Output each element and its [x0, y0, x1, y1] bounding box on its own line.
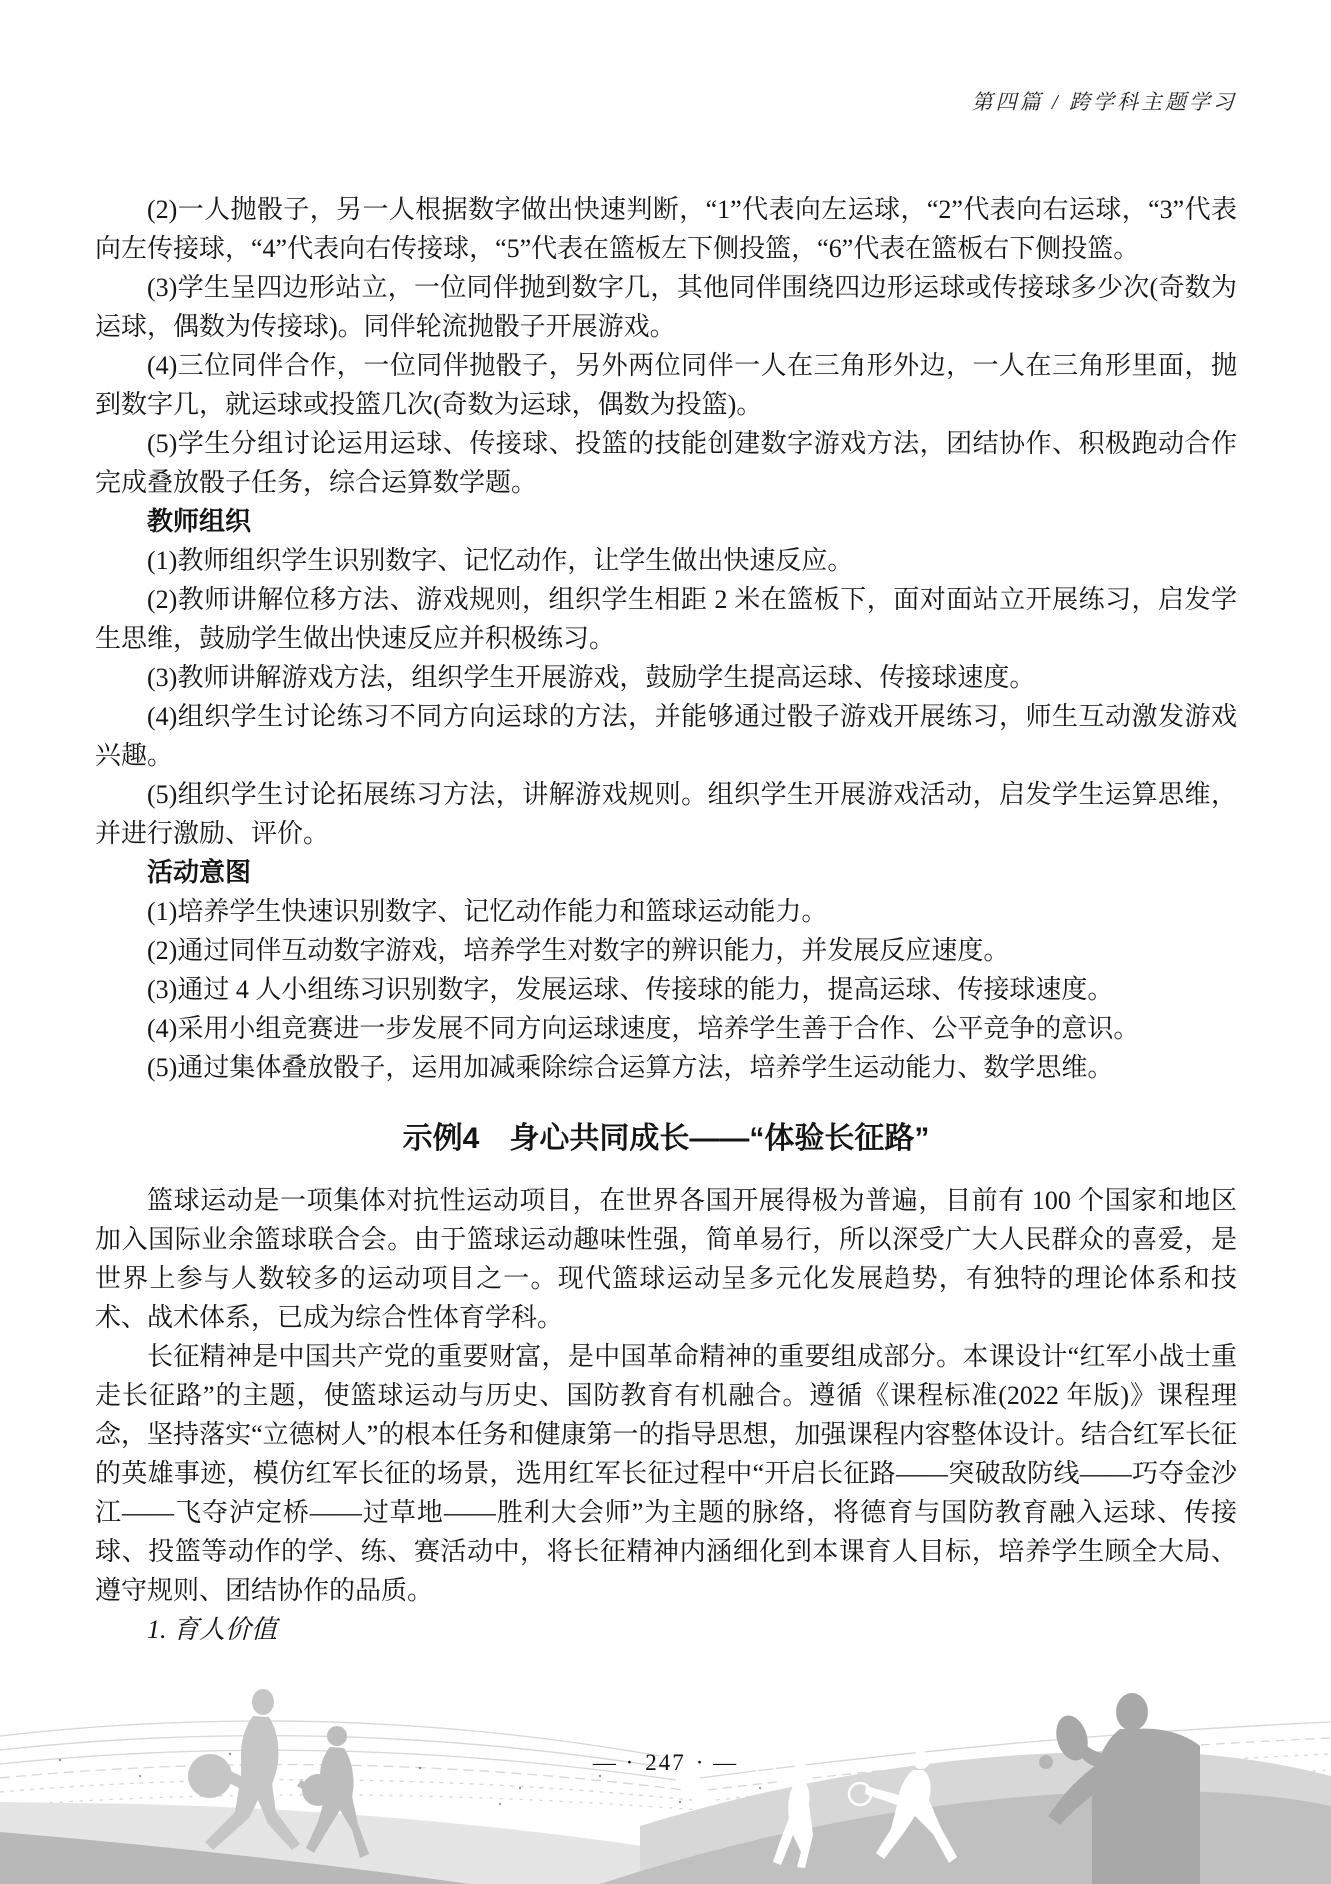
bottom-decoration — [0, 1684, 1331, 1884]
paragraph-teacher-2: (2)教师讲解位移方法、游戏规则，组织学生相距 2 米在篮板下，面对面站立开展练… — [95, 580, 1237, 658]
paragraph-intent-4: (4)采用小组竞赛进一步发展不同方向运球速度，培养学生善于合作、公平竞争的意识。 — [95, 1009, 1237, 1048]
paragraph-teacher-1: (1)教师组织学生识别数字、记忆动作，让学生做出快速反应。 — [95, 541, 1237, 580]
paragraph-long-march-intro: 长征精神是中国共产党的重要财富，是中国革命精神的重要组成部分。本课设计“红军小战… — [95, 1337, 1237, 1610]
page-content: (2)一人抛骰子，另一人根据数字做出快速判断，“1”代表向左运球，“2”代表向右… — [95, 190, 1237, 1649]
footer-ornament-left: — · — [593, 1750, 635, 1775]
paragraph-teacher-5: (5)组织学生讨论拓展练习方法，讲解游戏规则。组织学生开展游戏活动，启发学生运算… — [95, 775, 1237, 853]
page-footer: — ·247· — — [0, 1750, 1331, 1776]
paragraph-teacher-3: (3)教师讲解游戏方法，组织学生开展游戏，鼓励学生提高运球、传接球速度。 — [95, 658, 1237, 697]
book-page: 第四篇 / 跨学科主题学习 (2)一人抛骰子，另一人根据数字做出快速判断，“1”… — [0, 0, 1331, 1884]
paragraph-basketball-intro: 篮球运动是一项集体对抗性运动项目，在世界各国开展得极为普遍，目前有 100 个国… — [95, 1181, 1237, 1337]
example-4-title: 示例4 身心共同成长——“体验长征路” — [95, 1117, 1237, 1161]
section-heading-teacher-organization: 教师组织 — [95, 502, 1237, 541]
decoration-graphic — [0, 1684, 1331, 1884]
subheading-educational-value: 1. 育人价值 — [95, 1610, 1237, 1649]
paragraph-intent-1: (1)培养学生快速识别数字、记忆动作能力和篮球运动能力。 — [95, 892, 1237, 931]
paragraph-activity-4: (4)三位同伴合作，一位同伴抛骰子，另外两位同伴一人在三角形外边，一人在三角形里… — [95, 346, 1237, 424]
paragraph-intent-3: (3)通过 4 人小组练习识别数字，发展运球、传接球的能力，提高运球、传接球速度… — [95, 970, 1237, 1009]
footer-ornament-right: · — — [696, 1750, 738, 1775]
page-number: 247 — [645, 1750, 686, 1775]
paragraph-activity-3: (3)学生呈四边形站立，一位同伴抛到数字几，其他同伴围绕四边形运球或传接球多少次… — [95, 268, 1237, 346]
paragraph-activity-2: (2)一人抛骰子，另一人根据数字做出快速判断，“1”代表向左运球，“2”代表向右… — [95, 190, 1237, 268]
section-heading-activity-intent: 活动意图 — [95, 853, 1237, 892]
paragraph-teacher-4: (4)组织学生讨论练习不同方向运球的方法，并能够通过骰子游戏开展练习，师生互动激… — [95, 697, 1237, 775]
running-header: 第四篇 / 跨学科主题学习 — [972, 86, 1237, 116]
paragraph-intent-5: (5)通过集体叠放骰子，运用加减乘除综合运算方法，培养学生运动能力、数学思维。 — [95, 1048, 1237, 1087]
paragraph-intent-2: (2)通过同伴互动数字游戏，培养学生对数字的辨识能力，并发展反应速度。 — [95, 931, 1237, 970]
paragraph-activity-5: (5)学生分组讨论运用运球、传接球、投篮的技能创建数字游戏方法，团结协作、积极跑… — [95, 424, 1237, 502]
